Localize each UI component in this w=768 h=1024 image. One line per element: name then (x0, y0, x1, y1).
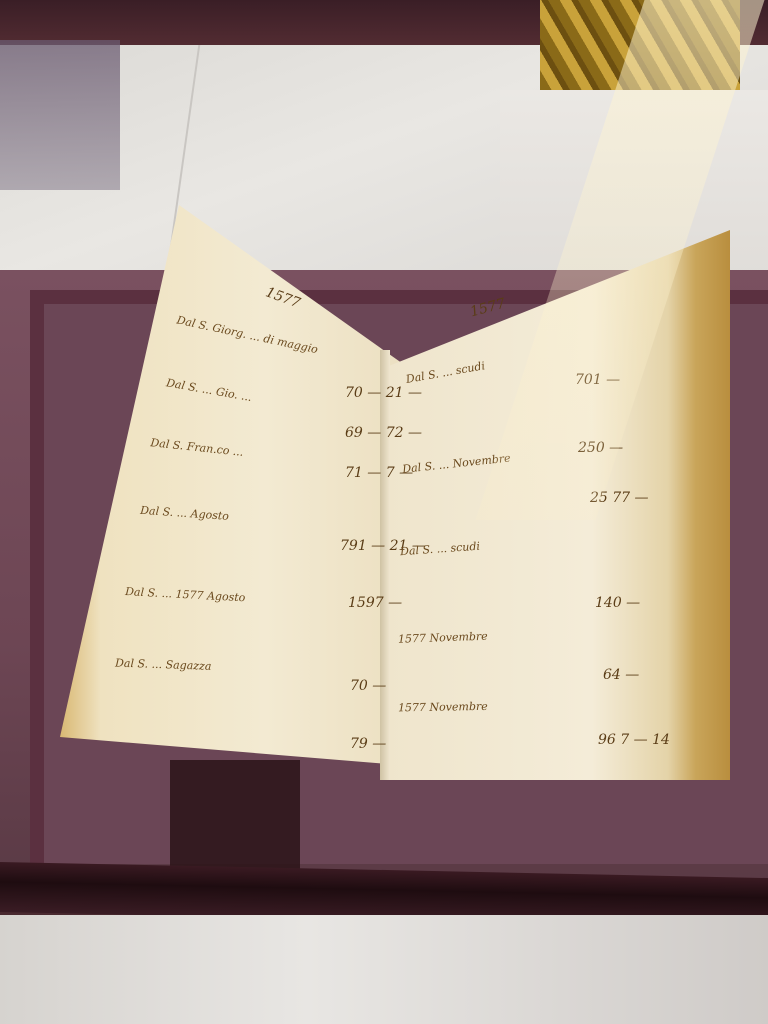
right-entry-5: 1577 Novembre (398, 699, 558, 716)
right-amount-6: 96 7 — 14 (598, 732, 670, 748)
left-amount-1: 70 — 21 — (345, 385, 422, 401)
reflection-shadow (0, 40, 120, 190)
left-amount-7: 79 — (350, 736, 386, 752)
ledger-spine (380, 350, 390, 780)
left-amount-6: 70 — (350, 678, 386, 694)
right-amount-5: 64 — (603, 667, 639, 683)
right-amount-4: 140 — (595, 595, 640, 611)
left-amount-2: 69 — 72 — (345, 425, 422, 441)
left-amount-5: 1597 — (348, 595, 402, 611)
floor-foreground (0, 915, 768, 1024)
